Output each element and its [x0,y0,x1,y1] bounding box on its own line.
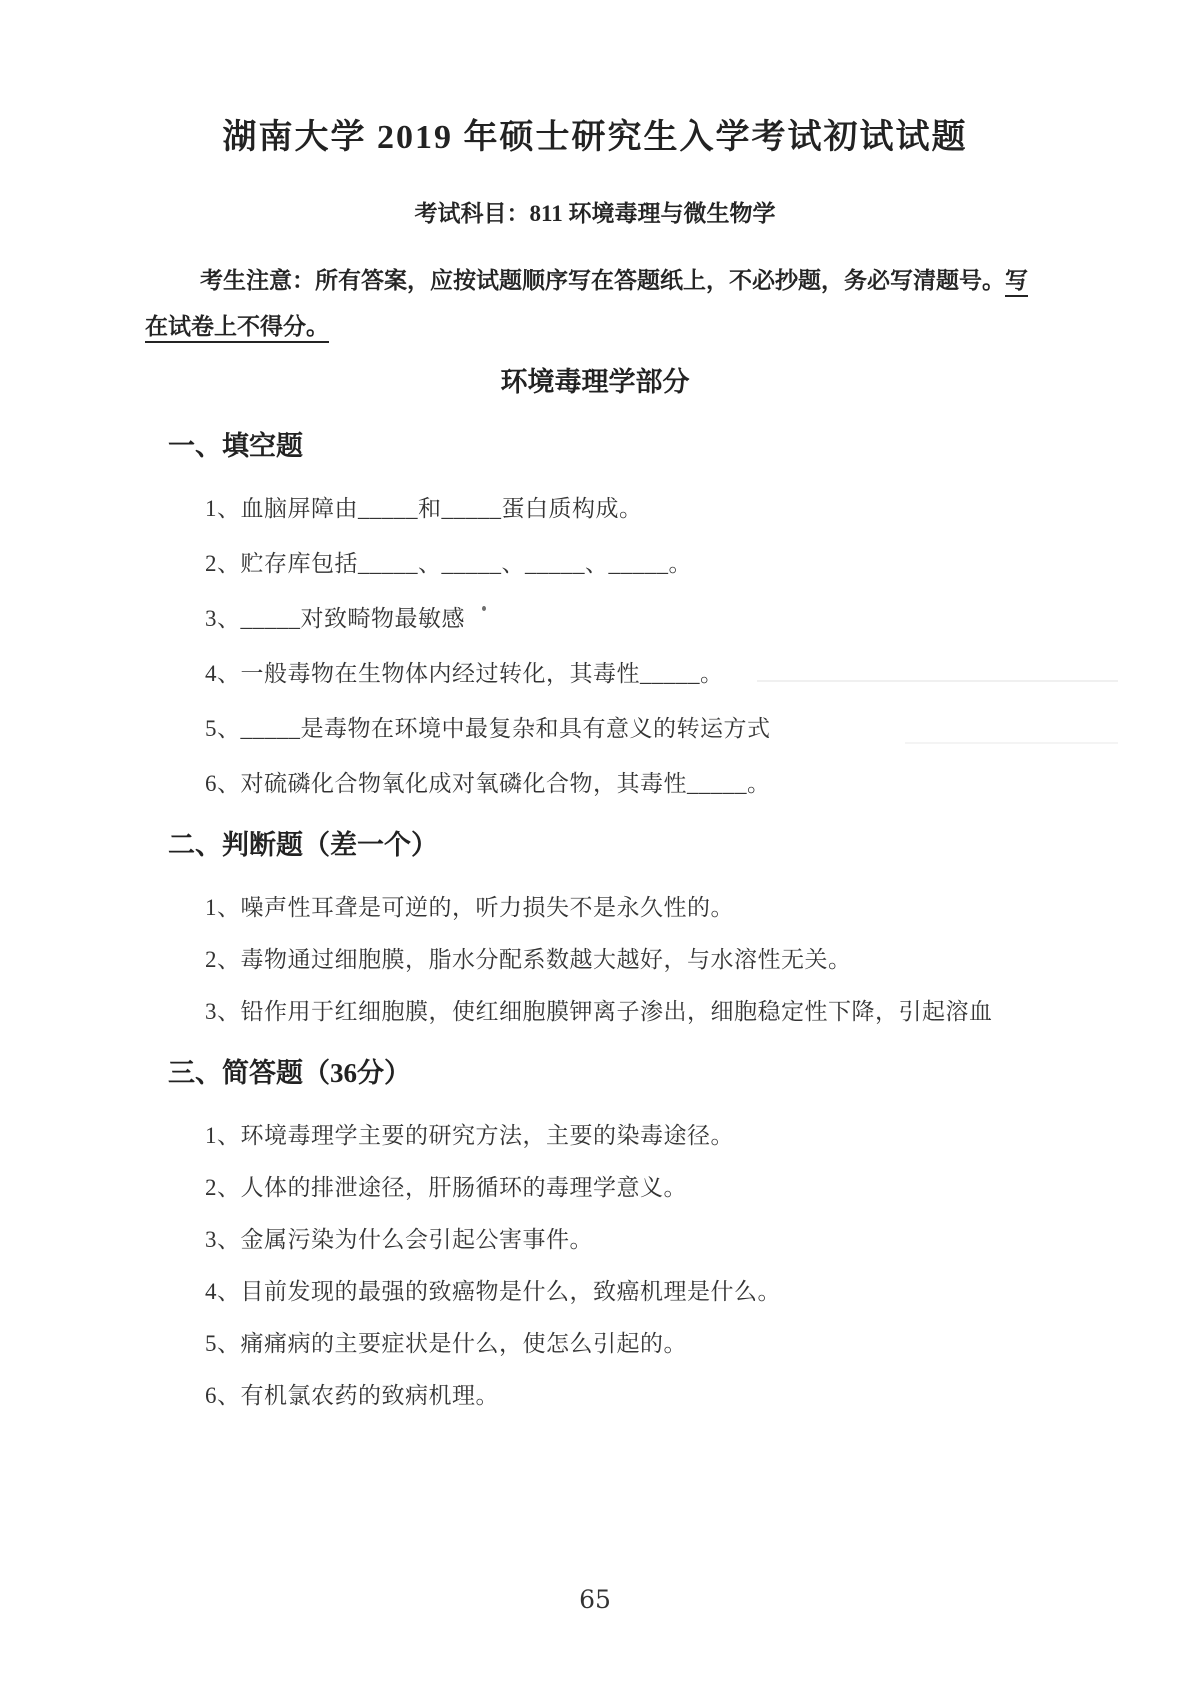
section-1-heading: 一、填空题 [168,428,1190,464]
question: 5、痛痛病的主要症状是什么，使怎么引起的。 [205,1329,1150,1359]
scan-speck [482,606,486,611]
question: 4、一般毒物在生物体内经过转化，其毒性_____。 [205,659,1150,689]
section-short-answer: 三、简答题（36分） 1、环境毒理学主要的研究方法，主要的染毒途径。 2、人体的… [0,1055,1190,1411]
question: 5、_____是毒物在环境中最复杂和具有意义的转运方式 [205,714,1150,744]
notice-body: 所有答案，应按试题顺序写在答题纸上，不必抄题，务必写清题号。 [315,268,1005,293]
exam-subject-line: 考试科目：811 环境毒理与微生物学 [0,200,1190,228]
question: 4、目前发现的最强的致癌物是什么，致癌机理是什么。 [205,1277,1150,1307]
question: 3、金属污染为什么会引起公害事件。 [205,1225,1150,1255]
page-number: 65 [0,1585,1190,1614]
question: 2、毒物通过细胞膜，脂水分配系数越大越好，与水溶性无关。 [205,945,1150,975]
question: 1、噪声性耳聋是可逆的，听力损失不是永久性的。 [205,893,1150,923]
part-title: 环境毒理学部分 [0,364,1190,400]
question: 2、贮存库包括_____、_____、_____、_____。 [205,549,1150,579]
question: 1、血脑屏障由_____和_____蛋白质构成。 [205,494,1150,524]
question: 3、_____对致畸物最敏感 [205,604,1150,634]
exam-paper-page: 湖南大学 2019 年硕士研究生入学考试初试试题 考试科目：811 环境毒理与微… [0,0,1190,1683]
question: 3、铅作用于红细胞膜，使红细胞膜钾离子渗出，细胞稳定性下降，引起溶血 [205,997,1150,1027]
section-3-heading: 三、简答题（36分） [168,1055,1190,1091]
section-true-false: 二、判断题（差一个） 1、噪声性耳聋是可逆的，听力损失不是永久性的。 2、毒物通… [0,827,1190,1027]
section-2-heading: 二、判断题（差一个） [168,827,1190,863]
candidate-notice: 考生注意：所有答案，应按试题顺序写在答题纸上，不必抄题，务必写清题号。写在试卷上… [145,258,1045,350]
scan-artifact-line [757,680,1118,682]
question: 6、有机氯农药的致病机理。 [205,1381,1150,1411]
notice-label: 考生注意： [200,268,315,293]
question: 1、环境毒理学主要的研究方法，主要的染毒途径。 [205,1121,1150,1151]
exam-title: 湖南大学 2019 年硕士研究生入学考试初试试题 [0,120,1190,156]
question: 2、人体的排泄途径，肝肠循环的毒理学意义。 [205,1173,1150,1203]
question: 6、对硫磷化合物氧化成对氧磷化合物，其毒性_____。 [205,769,1150,799]
scan-artifact-line [905,742,1118,744]
